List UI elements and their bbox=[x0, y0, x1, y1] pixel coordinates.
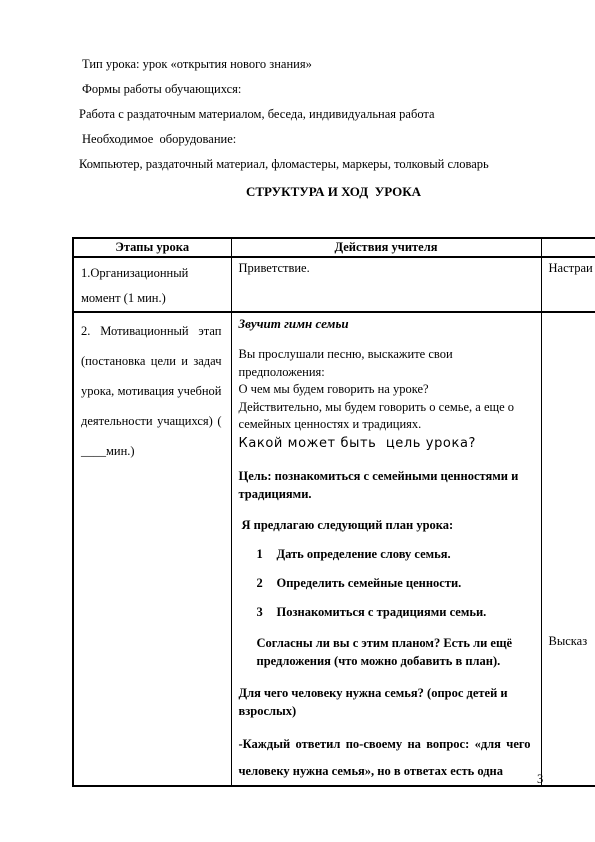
stage-cell: 1.Организационный момент (1 мин.) bbox=[73, 257, 231, 312]
stage-text: 2. Мотивационный этап (постановка цели и… bbox=[74, 313, 231, 466]
paragraph-topic-question: О чем мы будем говорить на уроке? bbox=[239, 381, 533, 399]
paragraph-family-question: Для чего человеку нужна семья? (опрос де… bbox=[239, 684, 533, 720]
students-actions-cell: Настраи bbox=[541, 257, 595, 312]
plan-item-1: 1 Дать определение слову семья. bbox=[239, 547, 533, 562]
equipment-value-line: Компьютер, раздаточный материал, фломаст… bbox=[72, 152, 595, 177]
plan-item-2: 2 Определить семейные ценности. bbox=[239, 576, 533, 591]
work-forms-label-line: Формы работы обучающихся: bbox=[72, 77, 595, 102]
students-action-text: Высказ bbox=[542, 631, 595, 649]
column-header-teacher-actions: Действия учителя bbox=[231, 238, 541, 257]
paragraph-song-prompt: Вы прослушали песню, выскажите свои пред… bbox=[239, 346, 533, 381]
teacher-actions-cell: Приветствие. bbox=[231, 257, 541, 312]
work-forms-value-line: Работа с раздаточным материалом, беседа,… bbox=[72, 102, 595, 127]
plan-item-text: Дать определение слову семья. bbox=[277, 547, 451, 562]
teacher-actions-cell: Звучит гимн семьи Вы прослушали песню, в… bbox=[231, 312, 541, 786]
equipment-label-line: Необходимое оборудование: bbox=[72, 127, 595, 152]
plan-item-3: 3 Познакомиться с традициями семьи. bbox=[239, 605, 533, 620]
lesson-structure-table: Этапы урока Действия учителя 1.Организац… bbox=[72, 237, 595, 787]
paragraph-lesson-goal: Цель: познакомиться с семейными ценностя… bbox=[239, 467, 533, 503]
lesson-info-block: Тип урока: урок «открытия нового знания»… bbox=[72, 52, 595, 177]
plan-item-number: 3 bbox=[257, 605, 277, 620]
table-row-org-moment: 1.Организационный момент (1 мин.) Привет… bbox=[73, 257, 595, 312]
column-header-students bbox=[541, 238, 595, 257]
table-header-row: Этапы урока Действия учителя bbox=[73, 238, 595, 257]
page-number: 3 bbox=[537, 772, 543, 787]
students-actions-cell: Высказ bbox=[541, 312, 595, 786]
paragraph-plan-intro: Я предлагаю следующий план урока: bbox=[239, 518, 533, 533]
paragraph-anthem-note: Звучит гимн семьи bbox=[239, 315, 533, 333]
teacher-action-text: Приветствие. bbox=[232, 258, 541, 276]
plan-item-number: 1 bbox=[257, 547, 277, 562]
plan-item-text: Познакомиться с традициями семьи. bbox=[277, 605, 487, 620]
document-page: Тип урока: урок «открытия нового знания»… bbox=[0, 0, 595, 842]
students-action-text: Настраи bbox=[542, 258, 595, 276]
paragraph-topic-answer: Действительно, мы будем говорить о семье… bbox=[239, 399, 533, 434]
page-title: СТРУКТУРА И ХОД УРОКА bbox=[72, 184, 595, 200]
stage-text: 1.Организационный момент (1 мин.) bbox=[74, 258, 231, 311]
paragraph-plan-agreement: Согласны ли вы с этим планом? Есть ли ещ… bbox=[239, 634, 533, 670]
plan-item-number: 2 bbox=[257, 576, 277, 591]
stage-cell: 2. Мотивационный этап (постановка цели и… bbox=[73, 312, 231, 786]
column-header-stages: Этапы урока bbox=[73, 238, 231, 257]
table-row-motivation-stage: 2. Мотивационный этап (постановка цели и… bbox=[73, 312, 595, 786]
plan-item-text: Определить семейные ценности. bbox=[277, 576, 462, 591]
paragraph-goal-question: Какой может быть цель урока? bbox=[239, 434, 533, 453]
teacher-actions-content: Звучит гимн семьи Вы прослушали песню, в… bbox=[232, 313, 541, 785]
paragraph-answers-summary: -Каждый ответил по-своему на вопрос: «дл… bbox=[239, 731, 533, 785]
lesson-type-line: Тип урока: урок «открытия нового знания» bbox=[72, 52, 595, 77]
